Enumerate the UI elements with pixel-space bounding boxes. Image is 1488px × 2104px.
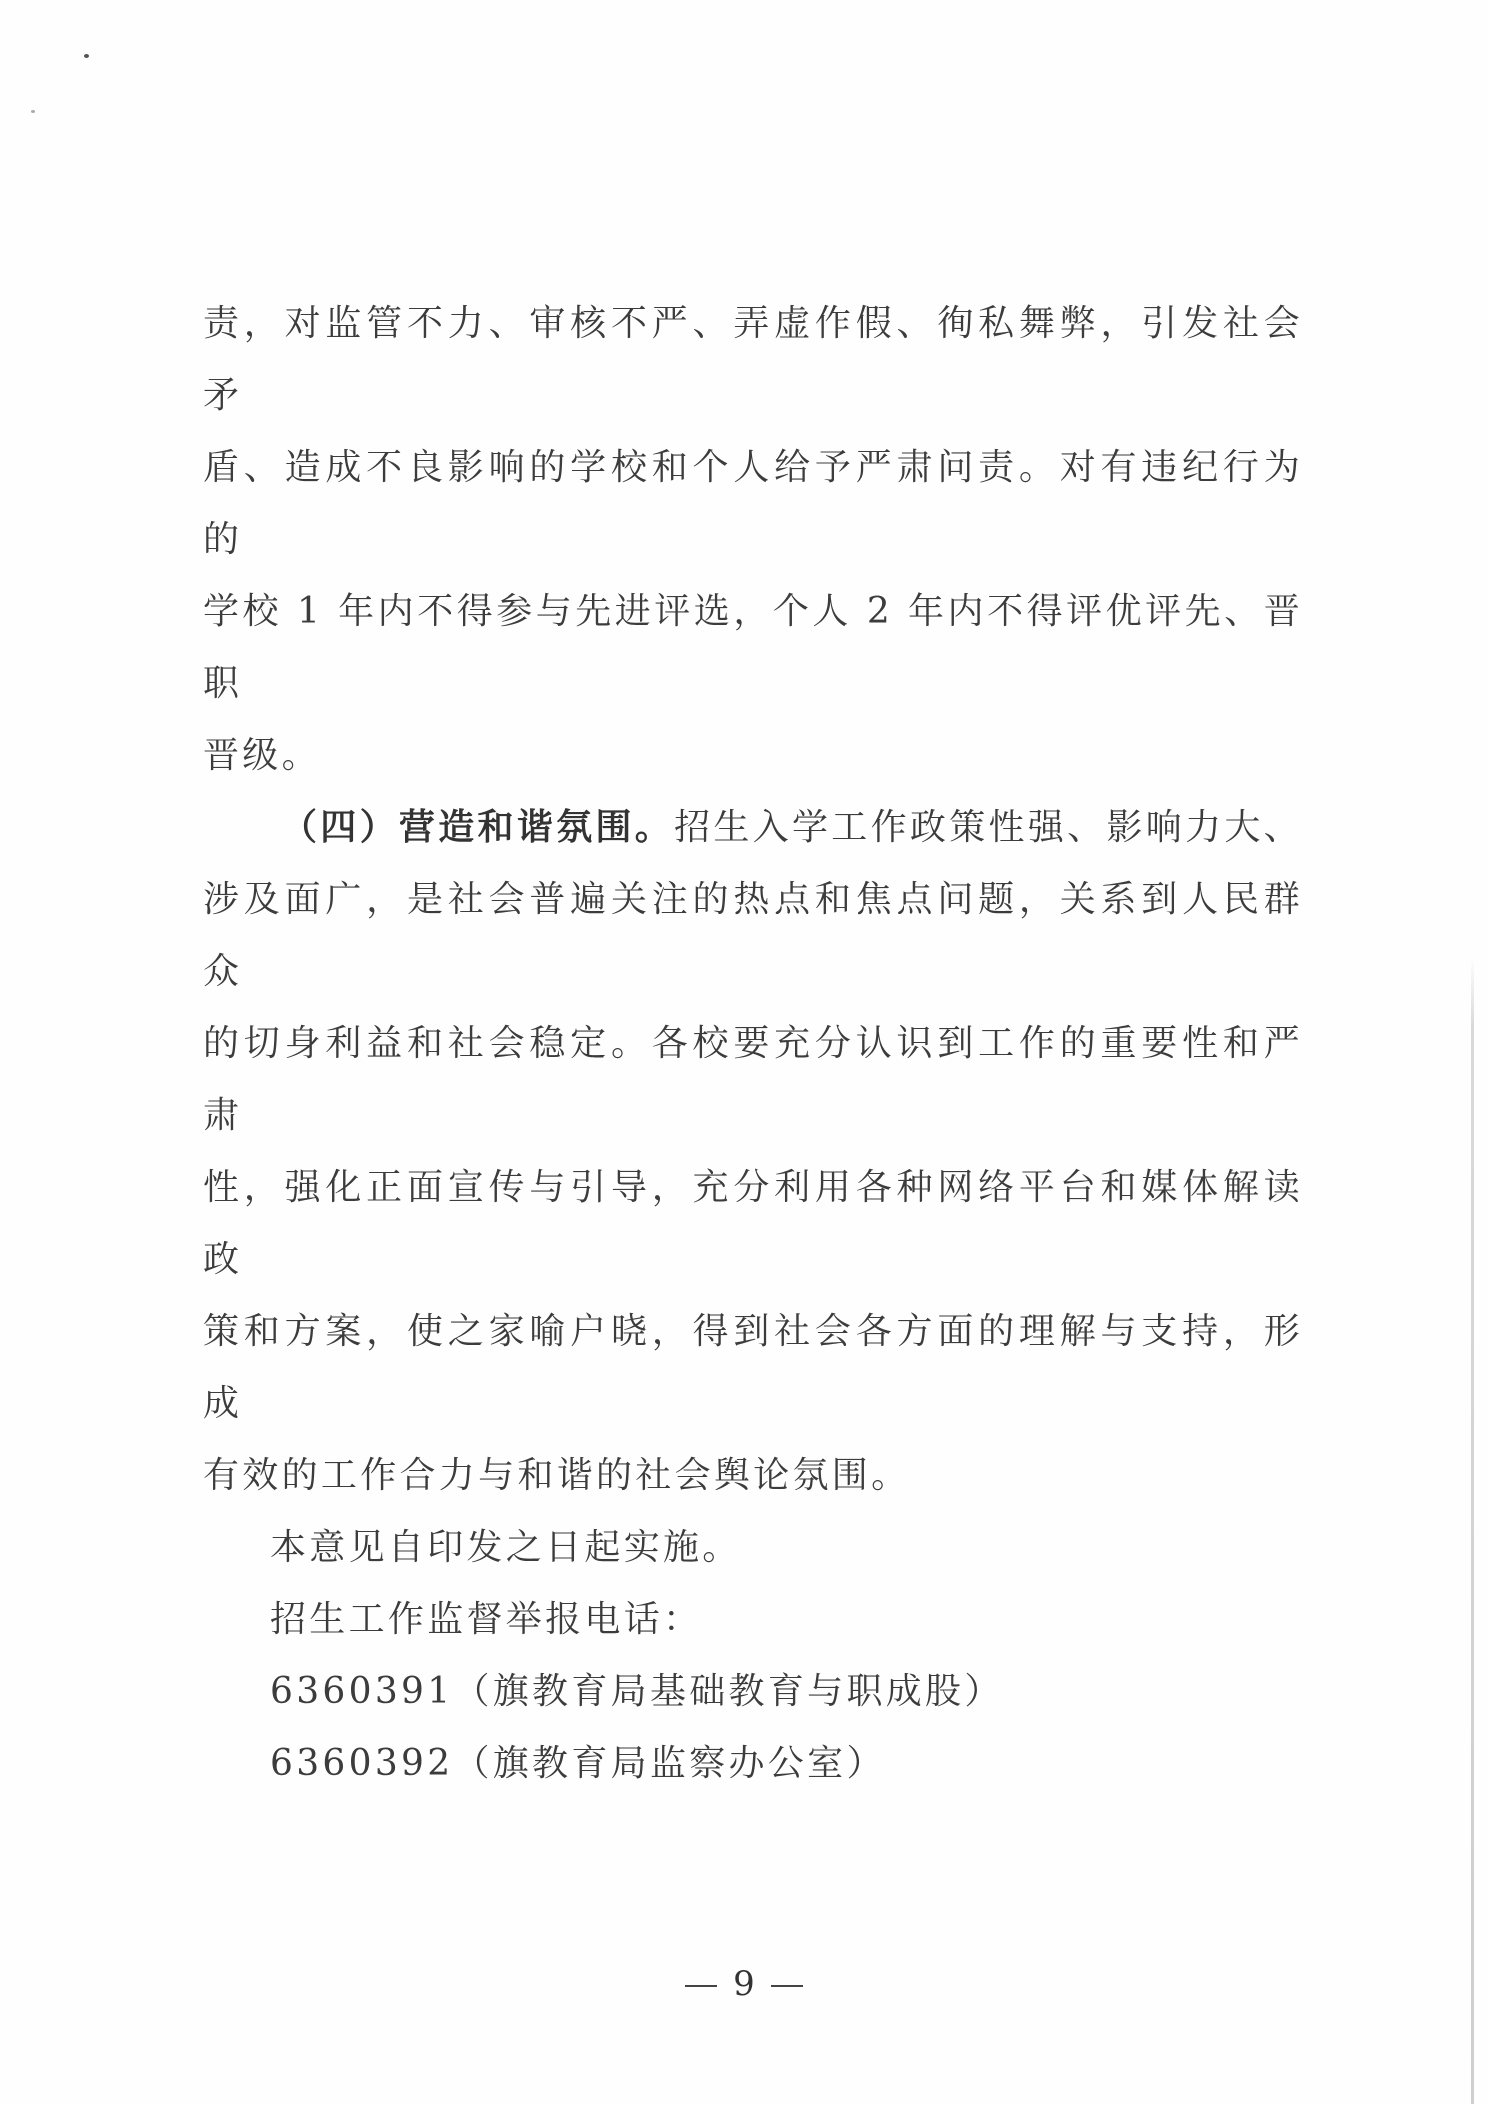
text-line: 有效的工作合力与和谐的社会舆论氛围。 [203,1440,1303,1512]
hotline-entry: 6360392（旗教育局监察办公室） [203,1728,1303,1800]
hotline-number: 6360392 [270,1743,453,1784]
hotline-entry: 6360391（旗教育局基础教育与职成股） [203,1656,1303,1728]
hotline-department: （旗教育局监察办公室） [453,1743,885,1784]
text-line: 学校 1 年内不得参与先进评选，个人 2 年内不得评优评先、晋职 [203,576,1303,720]
page-number-value: 9 [733,1964,755,2004]
text-line: 责，对监管不力、审核不严、弄虚作假、徇私舞弊，引发社会矛 [203,288,1303,432]
hotline-department: （旗教育局基础教育与职成股） [453,1671,1003,1712]
section-heading: （四）营造和谐氛围。 [281,807,674,848]
page-number: 9 [0,1960,1488,2008]
text-line: 盾、造成不良影响的学校和个人给予严肃问责。对有违纪行为的 [203,432,1303,576]
hotline-label: 招生工作监督举报电话： [203,1584,1303,1656]
document-page: 责，对监管不力、审核不严、弄虚作假、徇私舞弊，引发社会矛 盾、造成不良影响的学校… [0,0,1488,2104]
scan-speck [31,110,35,113]
scan-edge-line [1471,958,1474,2104]
text-line: 性，强化正面宣传与引导，充分利用各种网络平台和媒体解读政 [203,1152,1303,1296]
section-four-paragraph: （四）营造和谐氛围。招生入学工作政策性强、影响力大、 涉及面广，是社会普遍关注的… [203,792,1303,1512]
dash-left [685,1985,717,1987]
text-line: 策和方案，使之家喻户晓，得到社会各方面的理解与支持，形成 [203,1296,1303,1440]
section-four-first-line: （四）营造和谐氛围。招生入学工作政策性强、影响力大、 [203,792,1303,864]
scan-speck [84,54,89,58]
text-fragment: 招生入学工作政策性强、影响力大、 [674,807,1303,848]
effective-statement: 本意见自印发之日起实施。 [203,1512,1303,1584]
text-line: 晋级。 [203,720,1303,792]
hotline-number: 6360391 [270,1671,453,1712]
text-line: 涉及面广，是社会普遍关注的热点和焦点问题，关系到人民群众 [203,864,1303,1008]
dash-right [771,1985,803,1987]
document-body: 责，对监管不力、审核不严、弄虚作假、徇私舞弊，引发社会矛 盾、造成不良影响的学校… [203,288,1303,1800]
text-line: 的切身利益和社会稳定。各校要充分认识到工作的重要性和严肃 [203,1008,1303,1152]
continued-paragraph: 责，对监管不力、审核不严、弄虚作假、徇私舞弊，引发社会矛 盾、造成不良影响的学校… [203,288,1303,792]
